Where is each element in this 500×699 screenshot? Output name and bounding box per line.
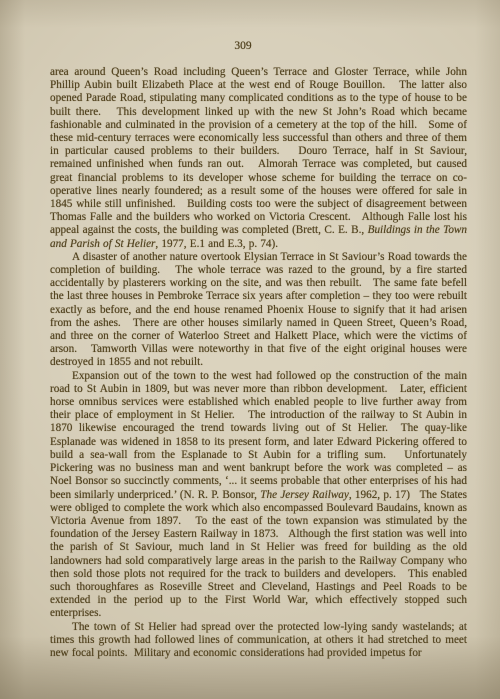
paragraph: area around Queen’s Road including Queen… (50, 66, 467, 251)
page-number: 309 (0, 40, 486, 52)
paragraph: The town of St Helier had spread over th… (50, 621, 467, 661)
paragraph: Expansion out of the town to the west ha… (50, 370, 467, 621)
text-block: area around Queen’s Road including Queen… (50, 66, 467, 660)
body-text: The town of St Helier had spread over th… (50, 621, 470, 659)
body-text: A disaster of another nature overtook El… (50, 251, 470, 369)
paragraph: A disaster of another nature overtook El… (50, 251, 467, 370)
italic-title-text: The Jersey Railway (260, 489, 349, 501)
body-text: area around Queen’s Road including Queen… (50, 66, 470, 236)
body-text: , 1977, E.1 and E.3, p. 74). (155, 238, 278, 250)
body-text: , 1962, p. 17) The States were obliged t… (50, 489, 470, 620)
body-text: Expansion out of the town to the west ha… (50, 370, 470, 501)
scanned-book-page: 309 area around Queen’s Road including Q… (0, 0, 500, 699)
